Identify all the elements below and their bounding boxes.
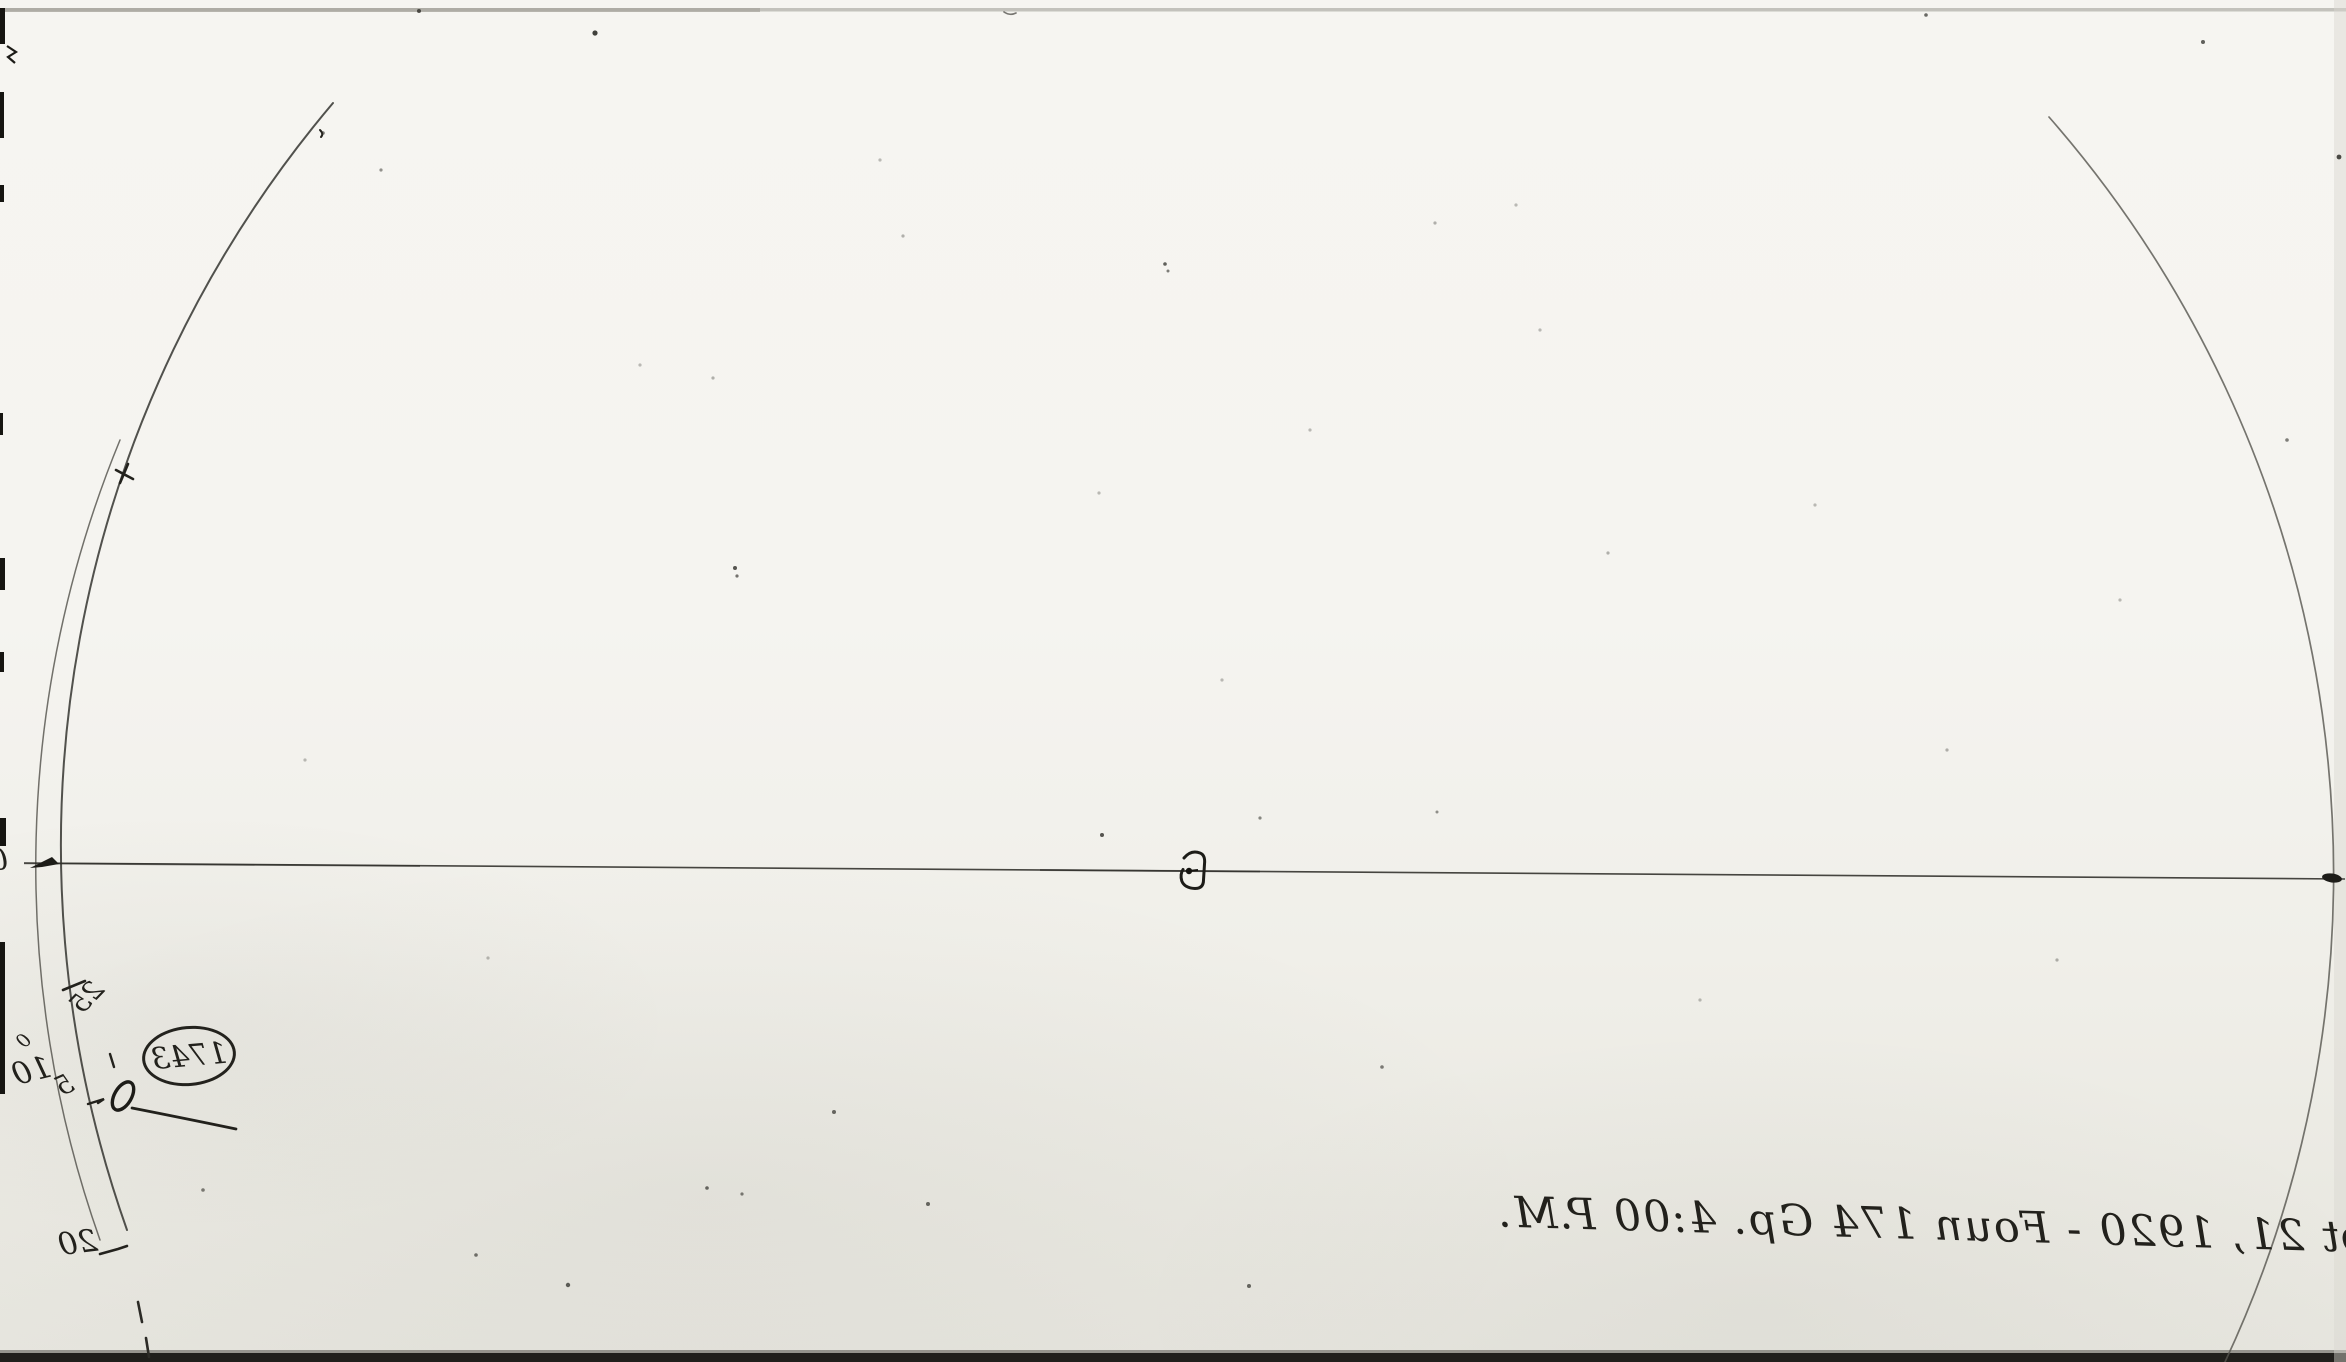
left-edge-mark: [0, 818, 6, 846]
dash-below-25: [110, 1054, 114, 1067]
limb-sunspot-group: [88, 1078, 236, 1129]
limb-label-20: 20: [56, 1226, 99, 1262]
group-number-text: 1743: [149, 1035, 228, 1077]
left-edge-mark: [0, 558, 5, 590]
left-edge-mark: [0, 413, 3, 435]
scanned-solar-drawing-sheet: Sept 21, 1920 - Foun 174 Gp. 4:00 P.M. 1…: [0, 0, 2346, 1362]
left-edge-mark: [0, 185, 4, 202]
left-edge-mark: [0, 652, 4, 672]
left-edge-mark: [0, 942, 5, 1094]
sunspot-pointer-line: [132, 1108, 236, 1129]
limb-label-10: 10: [9, 1052, 55, 1092]
sunspot-umbra-tail: [1189, 870, 1198, 871]
equator-line-dark-mid: [1040, 870, 1260, 872]
right-edge-shadow: [2334, 0, 2346, 1362]
limb-label-0-edge: 0: [0, 846, 8, 876]
solar-limb: [36, 103, 2334, 1362]
limb-arc-right: [2049, 117, 2334, 1362]
scan-edge-artifacts: [0, 0, 2346, 1362]
bottom-edge-strip: [0, 1353, 2346, 1362]
left-edge-glyph: [7, 46, 16, 63]
top-card-edge-line-dark: [0, 8, 760, 12]
limb-arc-dashes-bottom-left: [138, 1302, 149, 1357]
top-edge-curl: [1004, 12, 1016, 14]
tick-at-20: [100, 1246, 127, 1254]
drawing-layer: [0, 0, 2346, 1362]
equator: [24, 857, 2345, 884]
left-edge-mark: [0, 92, 4, 138]
left-edge-mark: [0, 8, 5, 44]
limb-arc-secondary: [36, 440, 120, 1240]
scan-specks: [201, 9, 2341, 1288]
